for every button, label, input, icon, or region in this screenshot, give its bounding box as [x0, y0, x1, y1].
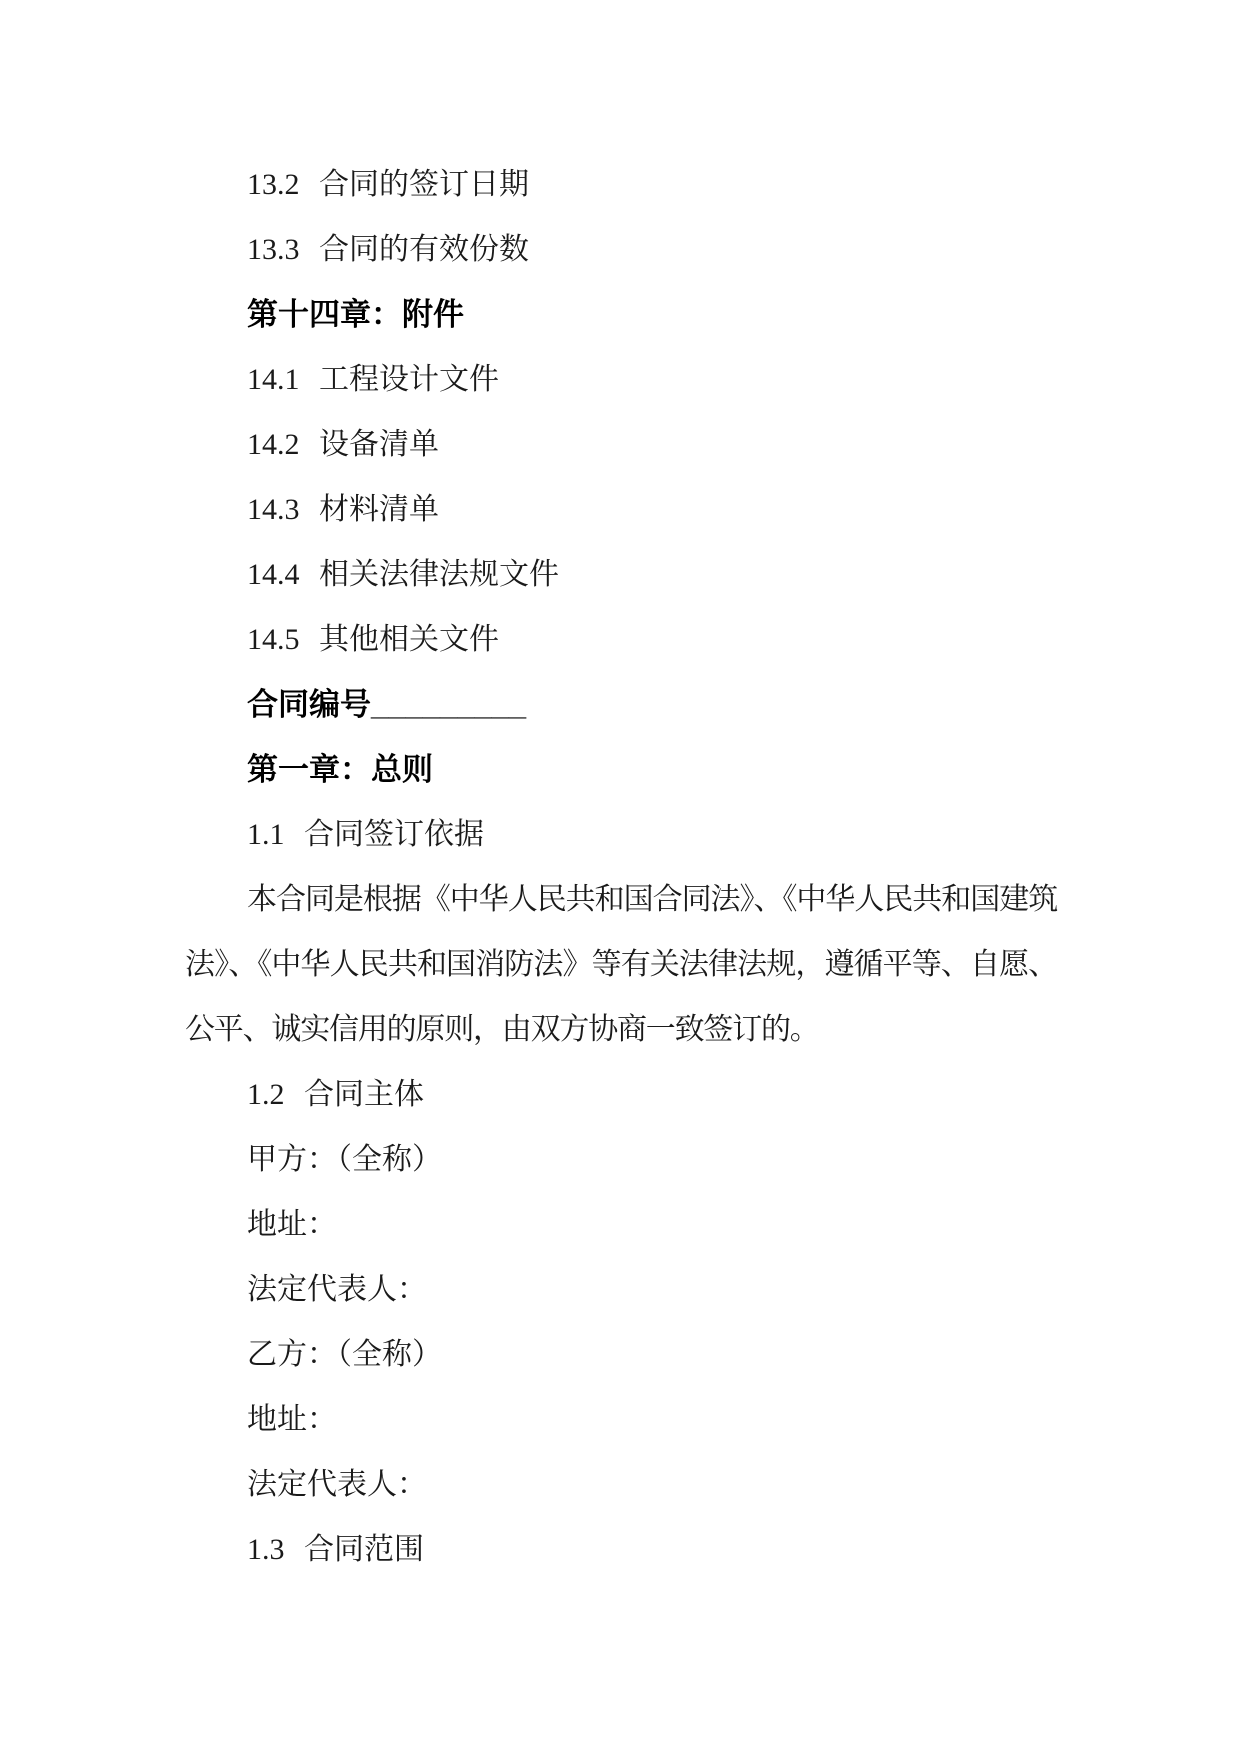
document-line-heading: 第一章：总则: [185, 737, 1057, 802]
document-line-item: 14.5 其他相关文件: [185, 607, 1057, 672]
document-line-item: 13.2 合同的签订日期: [185, 152, 1057, 217]
document-line-item: 1.3 合同范围: [185, 1517, 1057, 1582]
contract-document-page: 13.2 合同的签订日期13.3 合同的有效份数第十四章：附件14.1 工程设计…: [0, 0, 1240, 1753]
document-line-item: 地址：: [185, 1192, 1057, 1257]
document-line-heading: 第十四章：附件: [185, 282, 1057, 347]
document-line-item: 14.3 材料清单: [185, 477, 1057, 542]
document-line-item: 14.2 设备清单: [185, 412, 1057, 477]
document-line-item: 14.1 工程设计文件: [185, 347, 1057, 412]
document-line-heading: 合同编号_________: [185, 672, 1057, 737]
document-line-item: 法定代表人：: [185, 1452, 1057, 1517]
document-line-item: 甲方：（全称）: [185, 1127, 1057, 1192]
document-line-item: 乙方：（全称）: [185, 1322, 1057, 1387]
document-line-item: 法定代表人：: [185, 1257, 1057, 1322]
document-line-item: 14.4 相关法律法规文件: [185, 542, 1057, 607]
document-line-item: 1.1 合同签订依据: [185, 802, 1057, 867]
document-line-item: 13.3 合同的有效份数: [185, 217, 1057, 282]
document-line-item: 1.2 合同主体: [185, 1062, 1057, 1127]
document-content: 13.2 合同的签订日期13.3 合同的有效份数第十四章：附件14.1 工程设计…: [185, 152, 1057, 1582]
document-line-paragraph: 本合同是根据《中华人民共和国合同法》、《中华人民共和国建筑法》、《中华人民共和国…: [185, 867, 1057, 1062]
document-line-item: 地址：: [185, 1387, 1057, 1452]
